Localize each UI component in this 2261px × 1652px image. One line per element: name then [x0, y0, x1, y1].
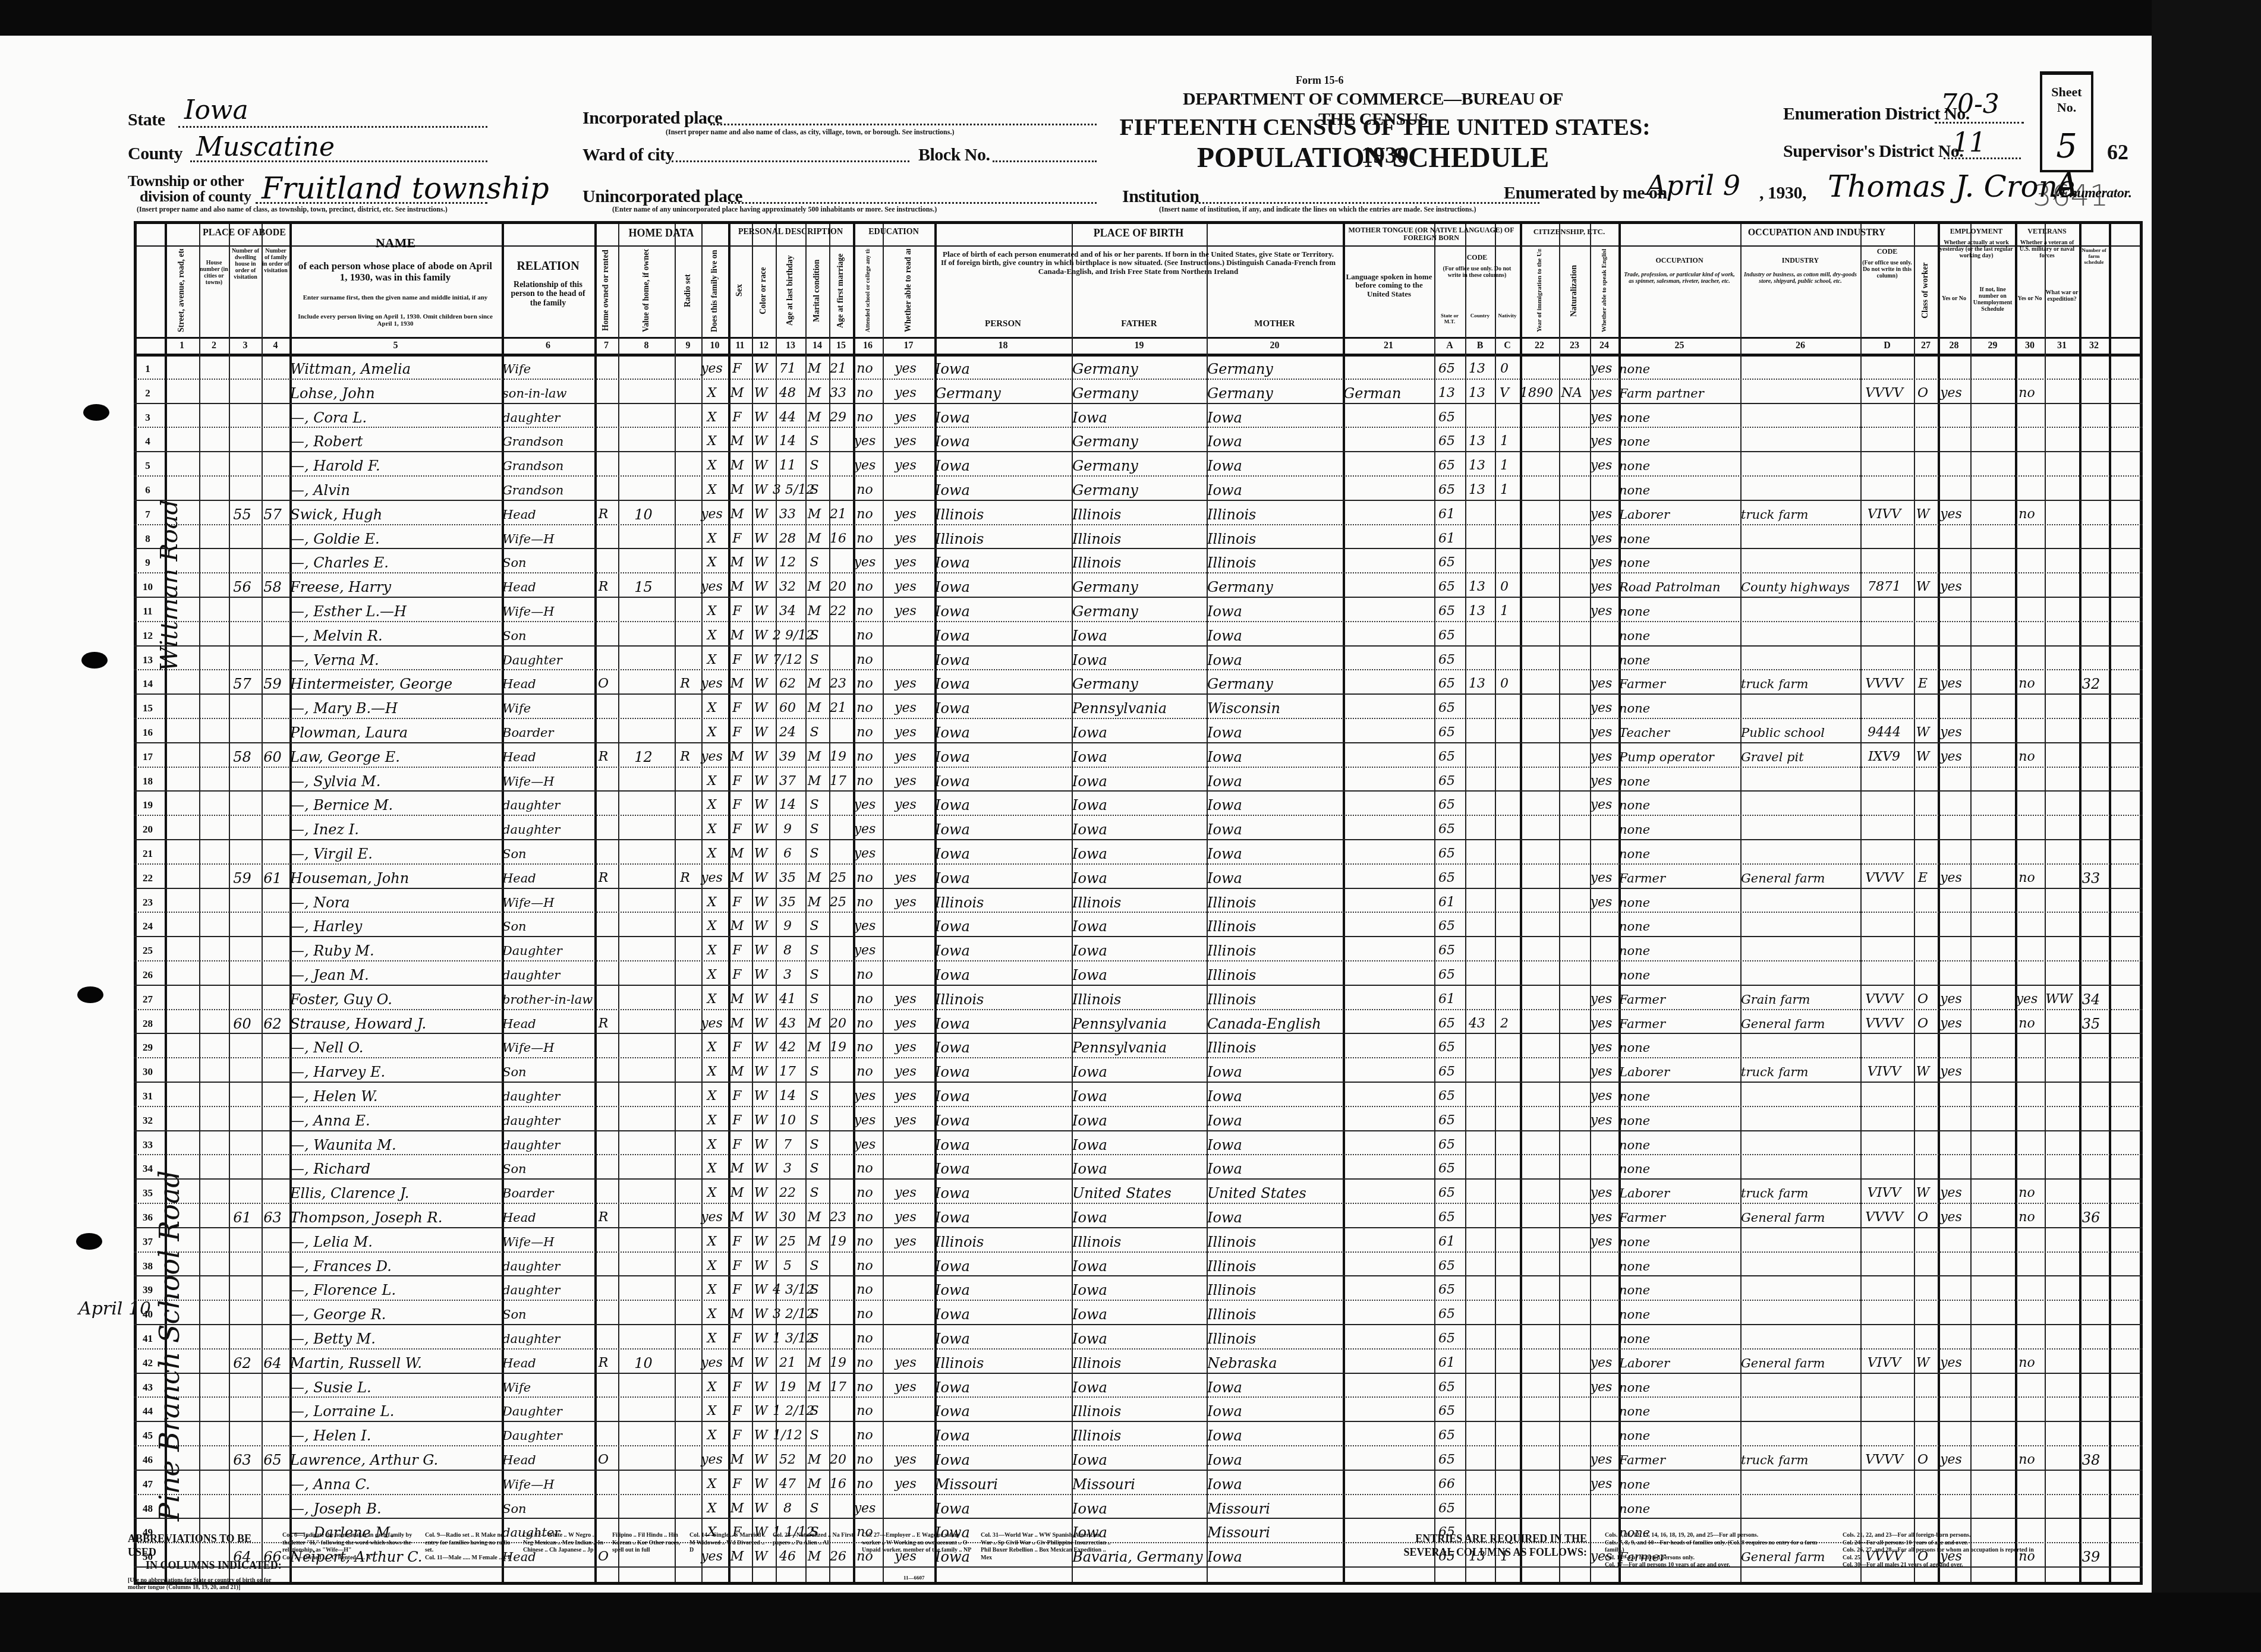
- cell-age: 11: [773, 452, 802, 476]
- cell-class: [1911, 1495, 1935, 1519]
- cell-farm: X: [698, 1422, 725, 1446]
- cell-radio: [672, 1228, 698, 1252]
- cell-sex: M: [725, 622, 749, 646]
- cell-farm-no: [2076, 355, 2106, 379]
- cell-codeC: [1492, 647, 1517, 670]
- cell-immig: [1517, 1180, 1556, 1203]
- cell-pob-father: Missouri: [1072, 1471, 1204, 1495]
- cell-codeA: 65: [1431, 1325, 1462, 1349]
- cell-occupation: none: [1619, 816, 1737, 840]
- cell-radio: [672, 501, 698, 525]
- cell-work: yes: [1935, 380, 1967, 403]
- cell-relation: daughter: [502, 792, 591, 815]
- cell-pob-mother: Iowa: [1207, 1083, 1340, 1106]
- line-number: 23: [134, 889, 162, 913]
- cell-radio: [672, 1034, 698, 1058]
- cell-marital: S: [802, 1155, 826, 1179]
- cell-sex: F: [725, 816, 749, 840]
- cell-english: yes: [1587, 598, 1616, 622]
- cell-vet: no: [2012, 1180, 2042, 1203]
- cell-codeB: [1462, 1325, 1492, 1349]
- print-number: 11—6607: [903, 1575, 925, 1581]
- abbrev-col9-11: Col. 9—Radio set .. R Make no entry for …: [425, 1532, 514, 1562]
- cell-industry: [1741, 1374, 1857, 1398]
- cell-codeD: [1857, 1034, 1911, 1058]
- cell-pob-mother: Iowa: [1207, 404, 1340, 428]
- township-label-2: division of county: [140, 188, 251, 206]
- cell-race: W: [749, 1276, 773, 1300]
- cell-age: 3 5/12: [773, 477, 802, 500]
- cell-marital: M: [802, 404, 826, 428]
- cell-codeC: [1492, 501, 1517, 525]
- cell-unemp: [1967, 1204, 2012, 1228]
- cell-vet: [2012, 1228, 2042, 1252]
- cell-age-marr: [826, 1495, 850, 1519]
- cell-radio: [672, 1107, 698, 1131]
- cell-pob: Iowa: [935, 1155, 1069, 1179]
- cell-immig: [1517, 1034, 1556, 1058]
- cell-read: [880, 840, 931, 864]
- cell-codeB: [1462, 937, 1492, 961]
- column-number: 22: [1520, 341, 1559, 351]
- cell-pob-mother: Iowa: [1207, 452, 1340, 476]
- cell-age-marr: [826, 1058, 850, 1082]
- cell-school: yes: [850, 792, 880, 815]
- cell-age-marr: 23: [826, 1204, 850, 1228]
- cell-race: W: [749, 743, 773, 767]
- cell-work: [1935, 525, 1967, 549]
- col-person: PERSON: [934, 319, 1072, 329]
- cell-codeA: 65: [1431, 961, 1462, 985]
- cell-race: W: [749, 477, 773, 500]
- cell-age: 1 3/12: [773, 1325, 802, 1349]
- cell-codeD: IXV9: [1857, 743, 1911, 767]
- cell-sex: F: [725, 1276, 749, 1300]
- cell-codeC: [1492, 1228, 1517, 1252]
- cell-family: [259, 598, 286, 622]
- cell-sex: F: [725, 1422, 749, 1446]
- cell-lang: [1343, 719, 1431, 743]
- cell-radio: [672, 1301, 698, 1325]
- cell-work: yes: [1935, 1204, 1967, 1228]
- cell-radio: [672, 840, 698, 864]
- cell-codeB: 13: [1462, 452, 1492, 476]
- table-row: 18—, Sylvia M.Wife—HXFW37M17noyesIowaIow…: [134, 768, 2143, 792]
- cell-pob: Missouri: [935, 1471, 1069, 1495]
- cell-farm: X: [698, 622, 725, 646]
- cell-pob: Iowa: [935, 913, 1069, 937]
- cell-codeA: 61: [1431, 889, 1462, 913]
- cell-farm: yes: [698, 1350, 725, 1373]
- cell-codeD: [1857, 1107, 1911, 1131]
- cell-pob: Iowa: [935, 428, 1069, 452]
- line-number: 21: [134, 840, 162, 864]
- cell-pob-father: Iowa: [1072, 647, 1204, 670]
- cell-name: Hintermeister, George: [290, 670, 499, 694]
- cell-codeA: 65: [1431, 1398, 1462, 1421]
- cell-race: W: [749, 1228, 773, 1252]
- col-industry: INDUSTRY: [1740, 257, 1860, 264]
- cell-codeD: [1857, 477, 1911, 500]
- cell-codeB: [1462, 743, 1492, 767]
- cell-relation: Son: [502, 1155, 591, 1179]
- cell-english: [1587, 816, 1616, 840]
- cell-pob: Iowa: [935, 573, 1069, 597]
- cell-age-marr: [826, 840, 850, 864]
- cell-war: [2042, 816, 2076, 840]
- cell-immig: [1517, 768, 1556, 792]
- cell-dwelling: [226, 525, 259, 549]
- abbrev-title: ABBREVIATIONS TO BE USED IN COLUMNS INDI…: [128, 1532, 282, 1592]
- cell-unemp: [1967, 1107, 2012, 1131]
- cell-english: yes: [1587, 1058, 1616, 1082]
- cell-unemp: [1967, 961, 2012, 985]
- cell-read: [880, 1276, 931, 1300]
- cell-war: [2042, 1422, 2076, 1446]
- column-number: 10: [701, 341, 728, 351]
- cell-war: [2042, 404, 2076, 428]
- cell-natur: [1556, 816, 1587, 840]
- cell-natur: NA: [1556, 380, 1587, 403]
- requirement: Col. 30—For all males 21 years of age an…: [1843, 1562, 2045, 1569]
- cell-vet: [2012, 452, 2042, 476]
- cell-relation: Wife—H: [502, 1471, 591, 1495]
- cell-pob-father: Germany: [1072, 670, 1204, 694]
- cell-family: [259, 380, 286, 403]
- cell-relation: Wife: [502, 695, 591, 718]
- cell-class: O: [1911, 1446, 1935, 1470]
- cell-relation: Wife—H: [502, 598, 591, 622]
- cell-farm: X: [698, 452, 725, 476]
- cell-pob-mother: Illinois: [1207, 1253, 1340, 1276]
- cell-name: Houseman, John: [290, 865, 499, 888]
- cell-relation: Son: [502, 913, 591, 937]
- cell-class: [1911, 1471, 1935, 1495]
- cell-name: Plowman, Laura: [290, 719, 499, 743]
- cell-name: —, Susie L.: [290, 1374, 499, 1398]
- cell-relation: Son: [502, 622, 591, 646]
- cell-pob: Iowa: [935, 1131, 1069, 1155]
- cell-war: [2042, 961, 2076, 985]
- cell-codeB: [1462, 792, 1492, 815]
- cell-radio: [672, 1180, 698, 1203]
- cell-codeC: [1492, 961, 1517, 985]
- cell-codeB: [1462, 913, 1492, 937]
- cell-name: —, Richard: [290, 1155, 499, 1179]
- cell-read: [880, 913, 931, 937]
- cell-english: [1587, 647, 1616, 670]
- cell-vet: [2012, 598, 2042, 622]
- cell-age-marr: 29: [826, 404, 850, 428]
- table-row: 3—, Cora L.daughterXFW44M29noyesIowaIowa…: [134, 404, 2143, 428]
- cell-codeB: 13: [1462, 573, 1492, 597]
- cell-industry: [1741, 816, 1857, 840]
- cell-pob: Iowa: [935, 647, 1069, 670]
- cell-sex: F: [725, 889, 749, 913]
- cell-immig: [1517, 816, 1556, 840]
- cell-natur: [1556, 1422, 1587, 1446]
- cell-unemp: [1967, 1131, 2012, 1155]
- cell-codeD: VIVV: [1857, 1058, 1911, 1082]
- cell-war: [2042, 477, 2076, 500]
- cell-farm: yes: [698, 1010, 725, 1034]
- cell-pob-father: Illinois: [1072, 501, 1204, 525]
- cell-relation: Wife—H: [502, 768, 591, 792]
- cell-english: yes: [1587, 865, 1616, 888]
- cell-immig: [1517, 670, 1556, 694]
- cell-name: —, Verna M.: [290, 647, 499, 670]
- cell-family: [259, 719, 286, 743]
- cell-lang: [1343, 573, 1431, 597]
- cell-work: [1935, 1155, 1967, 1179]
- cell-read: yes: [880, 1350, 931, 1373]
- cell-class: O: [1911, 986, 1935, 1010]
- cell-school: no: [850, 695, 880, 718]
- cell-vet: [2012, 1471, 2042, 1495]
- cell-codeC: [1492, 525, 1517, 549]
- cell-farm-no: [2076, 380, 2106, 403]
- cell-owned: [591, 622, 615, 646]
- cell-industry: General farm: [1741, 865, 1857, 888]
- cell-school: no: [850, 768, 880, 792]
- cell-codeA: 65: [1431, 1107, 1462, 1131]
- cell-occupation: none: [1619, 452, 1737, 476]
- requirement: Cols. 26, 27, and 28—For all persons for…: [1843, 1547, 2045, 1562]
- cell-codeC: [1492, 1107, 1517, 1131]
- cell-work: [1935, 889, 1967, 913]
- cell-industry: truck farm: [1741, 1180, 1857, 1203]
- line-number: 2: [134, 380, 162, 403]
- cell-codeC: [1492, 404, 1517, 428]
- line-number: 3: [134, 404, 162, 428]
- cell-value: [615, 1495, 672, 1519]
- cell-class: W: [1911, 1350, 1935, 1373]
- cell-family: [259, 695, 286, 718]
- cell-natur: [1556, 937, 1587, 961]
- cell-natur: [1556, 1034, 1587, 1058]
- table-row: 30—, Harvey E.SonXMW17SnoyesIowaIowaIowa…: [134, 1058, 2143, 1083]
- cell-occupation: none: [1619, 549, 1737, 573]
- cell-race: W: [749, 1446, 773, 1470]
- code-d-heading: CODE: [1860, 248, 1914, 256]
- cell-radio: [672, 1398, 698, 1421]
- requirement: Cols. 21, 22, and 23—For all foreign-bor…: [1843, 1532, 2045, 1540]
- cell-pob: Iowa: [935, 452, 1069, 476]
- cell-school: yes: [850, 428, 880, 452]
- cell-industry: [1741, 525, 1857, 549]
- cell-farm: X: [698, 840, 725, 864]
- cell-codeD: [1857, 1253, 1911, 1276]
- cell-age-marr: 25: [826, 865, 850, 888]
- cell-marital: S: [802, 549, 826, 573]
- cell-natur: [1556, 840, 1587, 864]
- cell-unemp: [1967, 816, 2012, 840]
- cell-pob-father: Iowa: [1072, 1058, 1204, 1082]
- cell-read: [880, 1325, 931, 1349]
- cell-farm: X: [698, 1495, 725, 1519]
- cell-immig: [1517, 404, 1556, 428]
- table-row: 1Wittman, AmeliaWifeyesFW71M21noyesIowaG…: [134, 355, 2143, 380]
- table-row: 145759Hintermeister, GeorgeHeadORyesMW62…: [134, 670, 2143, 695]
- cell-pob: Illinois: [935, 889, 1069, 913]
- cell-race: W: [749, 549, 773, 573]
- cell-age-marr: 33: [826, 380, 850, 403]
- cell-farm: X: [698, 428, 725, 452]
- table-row: 225961Houseman, JohnHeadRRyesMW35M25noye…: [134, 865, 2143, 889]
- cell-marital: M: [802, 1010, 826, 1034]
- col-school-label: Attended school or college any time sinc…: [854, 249, 881, 332]
- cell-school: no: [850, 1374, 880, 1398]
- cell-occupation: none: [1619, 1471, 1737, 1495]
- cell-family: 60: [259, 743, 286, 767]
- cell-industry: truck farm: [1741, 501, 1857, 525]
- cell-family: [259, 1155, 286, 1179]
- cell-natur: [1556, 598, 1587, 622]
- cell-age: 24: [773, 719, 802, 743]
- cell-dwelling: [226, 622, 259, 646]
- cell-value: [615, 1083, 672, 1106]
- cell-read: yes: [880, 501, 931, 525]
- cell-farm-no: [2076, 1325, 2106, 1349]
- cell-farm: X: [698, 1398, 725, 1421]
- cell-age: 7/12: [773, 647, 802, 670]
- cell-dwelling: [226, 889, 259, 913]
- cell-occupation: none: [1619, 1398, 1737, 1421]
- cell-marital: S: [802, 1422, 826, 1446]
- entries-requirements-right: Cols. 21, 22, and 23—For all foreign-bor…: [1843, 1532, 2045, 1569]
- cell-pob: Iowa: [935, 792, 1069, 815]
- cell-work: [1935, 792, 1967, 815]
- cell-codeB: 13: [1462, 670, 1492, 694]
- cell-sex: F: [725, 1131, 749, 1155]
- cell-read: [880, 1301, 931, 1325]
- cell-race: W: [749, 1107, 773, 1131]
- table-row: 426264Martin, Russell W.HeadR10yesMW21M1…: [134, 1350, 2143, 1374]
- state-label: State: [128, 110, 165, 130]
- cell-read: yes: [880, 525, 931, 549]
- cell-codeC: [1492, 1058, 1517, 1082]
- cell-unemp: [1967, 428, 2012, 452]
- cell-name: Wittman, Amelia: [290, 355, 499, 379]
- cell-name: —, Anna C.: [290, 1471, 499, 1495]
- cell-codeA: 65: [1431, 549, 1462, 573]
- cell-relation: Wife: [502, 1374, 591, 1398]
- cell-codeC: [1492, 1495, 1517, 1519]
- cell-age: 6: [773, 840, 802, 864]
- cell-race: W: [749, 647, 773, 670]
- cell-codeA: 65: [1431, 1083, 1462, 1106]
- cell-natur: [1556, 428, 1587, 452]
- cell-sex: F: [725, 1325, 749, 1349]
- col-mother: MOTHER: [1207, 319, 1343, 329]
- cell-codeC: [1492, 1471, 1517, 1495]
- cell-read: yes: [880, 1471, 931, 1495]
- cell-race: W: [749, 1010, 773, 1034]
- cell-marital: S: [802, 937, 826, 961]
- cell-class: [1911, 840, 1935, 864]
- cell-codeD: [1857, 768, 1911, 792]
- cell-sex: M: [725, 549, 749, 573]
- cell-work: yes: [1935, 670, 1967, 694]
- cell-read: yes: [880, 768, 931, 792]
- cell-farm: yes: [698, 670, 725, 694]
- cell-codeB: [1462, 525, 1492, 549]
- cell-age: 14: [773, 428, 802, 452]
- col-value-label: Value of home, if owned, or monthly rent…: [619, 249, 674, 332]
- cell-race: W: [749, 816, 773, 840]
- cell-age-marr: [826, 452, 850, 476]
- cell-pob-father: Illinois: [1072, 1228, 1204, 1252]
- table-row: 38—, Frances D.daughterXFW5SnoIowaIowaIl…: [134, 1253, 2143, 1277]
- cell-pob-mother: Illinois: [1207, 1276, 1340, 1300]
- cell-radio: R: [672, 743, 698, 767]
- unincorporated-hint: (Enter name of any unincorporated place …: [612, 205, 937, 214]
- cell-codeB: 13: [1462, 598, 1492, 622]
- cell-codeB: [1462, 1495, 1492, 1519]
- cell-codeD: VVVV: [1857, 670, 1911, 694]
- cell-race: W: [749, 889, 773, 913]
- cell-dwelling: [226, 549, 259, 573]
- cell-codeA: 65: [1431, 865, 1462, 888]
- supervisor-district-value: 11: [1953, 128, 1986, 158]
- cell-codeA: 65: [1431, 768, 1462, 792]
- cell-codeB: [1462, 1253, 1492, 1276]
- abbrev-title-1: ABBREVIATIONS TO BE USED: [128, 1532, 282, 1559]
- cell-race: W: [749, 792, 773, 815]
- cell-vet: no: [2012, 1350, 2042, 1373]
- cell-occupation: none: [1619, 1253, 1737, 1276]
- cell-lang: [1343, 477, 1431, 500]
- cell-codeD: VVVV: [1857, 1010, 1911, 1034]
- cell-unemp: [1967, 695, 2012, 718]
- cell-sex: F: [725, 1398, 749, 1421]
- cell-codeD: [1857, 840, 1911, 864]
- supervisor-district-line: [1944, 157, 2021, 159]
- cell-codeA: 65: [1431, 719, 1462, 743]
- cell-owned: [591, 452, 615, 476]
- column-number: 29: [1970, 341, 2015, 351]
- table-row: 23—, NoraWife—HXFW35M25noyesIllinoisIlli…: [134, 889, 2143, 913]
- cell-codeC: [1492, 1204, 1517, 1228]
- cell-pob: Iowa: [935, 816, 1069, 840]
- cell-lang: [1343, 1107, 1431, 1131]
- cell-codeB: [1462, 1131, 1492, 1155]
- cell-war: [2042, 1083, 2076, 1106]
- cell-age: 22: [773, 1180, 802, 1203]
- cell-age: 1 2/12: [773, 1398, 802, 1421]
- cell-vet: [2012, 1374, 2042, 1398]
- cell-unemp: [1967, 1471, 2012, 1495]
- cell-race: W: [749, 1495, 773, 1519]
- cell-codeA: 61: [1431, 986, 1462, 1010]
- column-number: 32: [2079, 341, 2109, 351]
- cell-lang: [1343, 768, 1431, 792]
- cell-codeC: 1: [1492, 428, 1517, 452]
- cell-unemp: [1967, 1350, 2012, 1373]
- cell-value: [615, 670, 672, 694]
- cell-immig: [1517, 986, 1556, 1010]
- margin-date-note: April 10: [78, 1298, 151, 1319]
- cell-dwelling: [226, 937, 259, 961]
- cell-industry: [1741, 452, 1857, 476]
- col-age-marriage-label: Age at first marriage: [830, 249, 852, 332]
- cell-pob: Iowa: [935, 719, 1069, 743]
- cell-industry: [1741, 937, 1857, 961]
- line-number: 32: [134, 1107, 162, 1131]
- cell-codeD: [1857, 1495, 1911, 1519]
- cell-family: [259, 1058, 286, 1082]
- cell-dwelling: 61: [226, 1204, 259, 1228]
